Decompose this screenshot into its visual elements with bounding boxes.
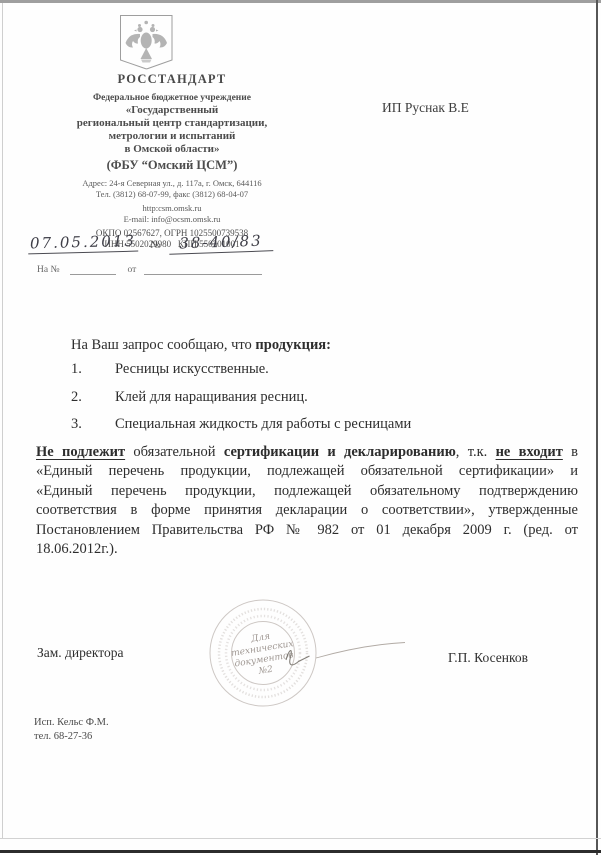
intro-bold-text: продукция: — [255, 337, 331, 353]
handwritten-date: 07.05.2013 — [28, 232, 138, 255]
signer-name: Г.П. Косенков — [448, 650, 528, 666]
reference-line: На №от — [37, 264, 262, 275]
list-item-text: Клей для наращивания ресниц. — [115, 389, 308, 406]
reference-from-label: от — [128, 265, 137, 275]
letterhead: РОССТАНДАРТ Федеральное бюджетное учрежд… — [0, 72, 344, 250]
body-intro: На Ваш запрос сообщаю, что продукция: — [71, 337, 331, 354]
list-item-number: 1. — [71, 361, 115, 378]
paragraph-run-bold: сертификации и декларированию — [224, 444, 456, 460]
number-sign: № — [150, 239, 161, 251]
reference-label: На № — [37, 265, 60, 275]
paragraph-run-bold-underline: не входит — [496, 444, 563, 460]
scan-edge-top — [0, 0, 601, 3]
scan-edge-bottom-faint — [0, 838, 601, 839]
paragraph-run-bold-underline: Не подлежит — [36, 444, 125, 460]
outgoing-number-row: 07.05.2013 № 38-40/83 — [28, 233, 273, 253]
signer-position: Зам. директора — [37, 645, 123, 661]
intro-text: На Ваш запрос сообщаю, что — [71, 337, 255, 353]
list-item: 1. Ресницы искусственные. — [71, 361, 411, 389]
scan-edge-bottom — [0, 850, 601, 853]
stamp-text-line: №2 — [257, 665, 274, 677]
list-item-text: Ресницы искусственные. — [115, 361, 269, 378]
org-name: «Государственный региональный центр стан… — [0, 104, 344, 156]
reference-date-blank — [144, 264, 262, 275]
org-type: Федеральное бюджетное учреждение — [0, 93, 344, 103]
executor-phone: тел. 68-27-36 — [34, 730, 109, 744]
org-name-line: региональный центр стандартизации, — [0, 117, 344, 130]
paragraph-run: обязательной — [125, 444, 224, 460]
list-item-number: 3. — [71, 416, 115, 433]
org-email: E-mail: info@ocsm.omsk.ru — [0, 214, 344, 225]
product-list: 1. Ресницы искусственные. 2. Клей для на… — [71, 361, 411, 444]
executor-name: Исп. Кельс Ф.М. — [34, 716, 109, 730]
org-name-line: метрологии и испытаний — [0, 130, 344, 143]
handwritten-number: 38-40/83 — [168, 231, 273, 255]
paragraph-run: в «Единый перечень продукции, подлежащей… — [36, 444, 578, 557]
round-stamp: Для технических документов №2 — [198, 592, 428, 729]
executor-block: Исп. Кельс Ф.М. тел. 68-27-36 — [34, 716, 109, 744]
signature-stroke — [286, 643, 405, 665]
org-website: http:csm.omsk.ru — [0, 203, 344, 214]
org-name-line: в Омской области» — [0, 143, 344, 156]
reference-number-blank — [70, 264, 116, 275]
recipient-name: ИП Руснак В.Е — [382, 100, 469, 116]
org-address: Адрес: 24-я Северная ул., д. 117а, г. Ом… — [0, 178, 344, 189]
list-item: 3. Специальная жидкость для работы с рес… — [71, 416, 411, 444]
org-phone: Тел. (3812) 68-07-99, факс (3812) 68-04-… — [0, 189, 344, 200]
org-name-line: «Государственный — [0, 104, 344, 117]
russian-coat-of-arms-icon — [119, 14, 174, 76]
org-short-name: (ФБУ “Омский ЦСМ”) — [0, 158, 344, 173]
list-item-number: 2. — [71, 389, 115, 406]
body-paragraph: Не подлежит обязательной сертификации и … — [36, 443, 578, 559]
paragraph-run: , т.к. — [456, 444, 496, 460]
document-page: РОССТАНДАРТ Федеральное бюджетное учрежд… — [0, 0, 601, 855]
agency-name: РОССТАНДАРТ — [0, 72, 344, 87]
list-item: 2. Клей для наращивания ресниц. — [71, 389, 411, 417]
list-item-text: Специальная жидкость для работы с ресниц… — [115, 416, 411, 433]
scan-edge-right — [596, 0, 598, 855]
